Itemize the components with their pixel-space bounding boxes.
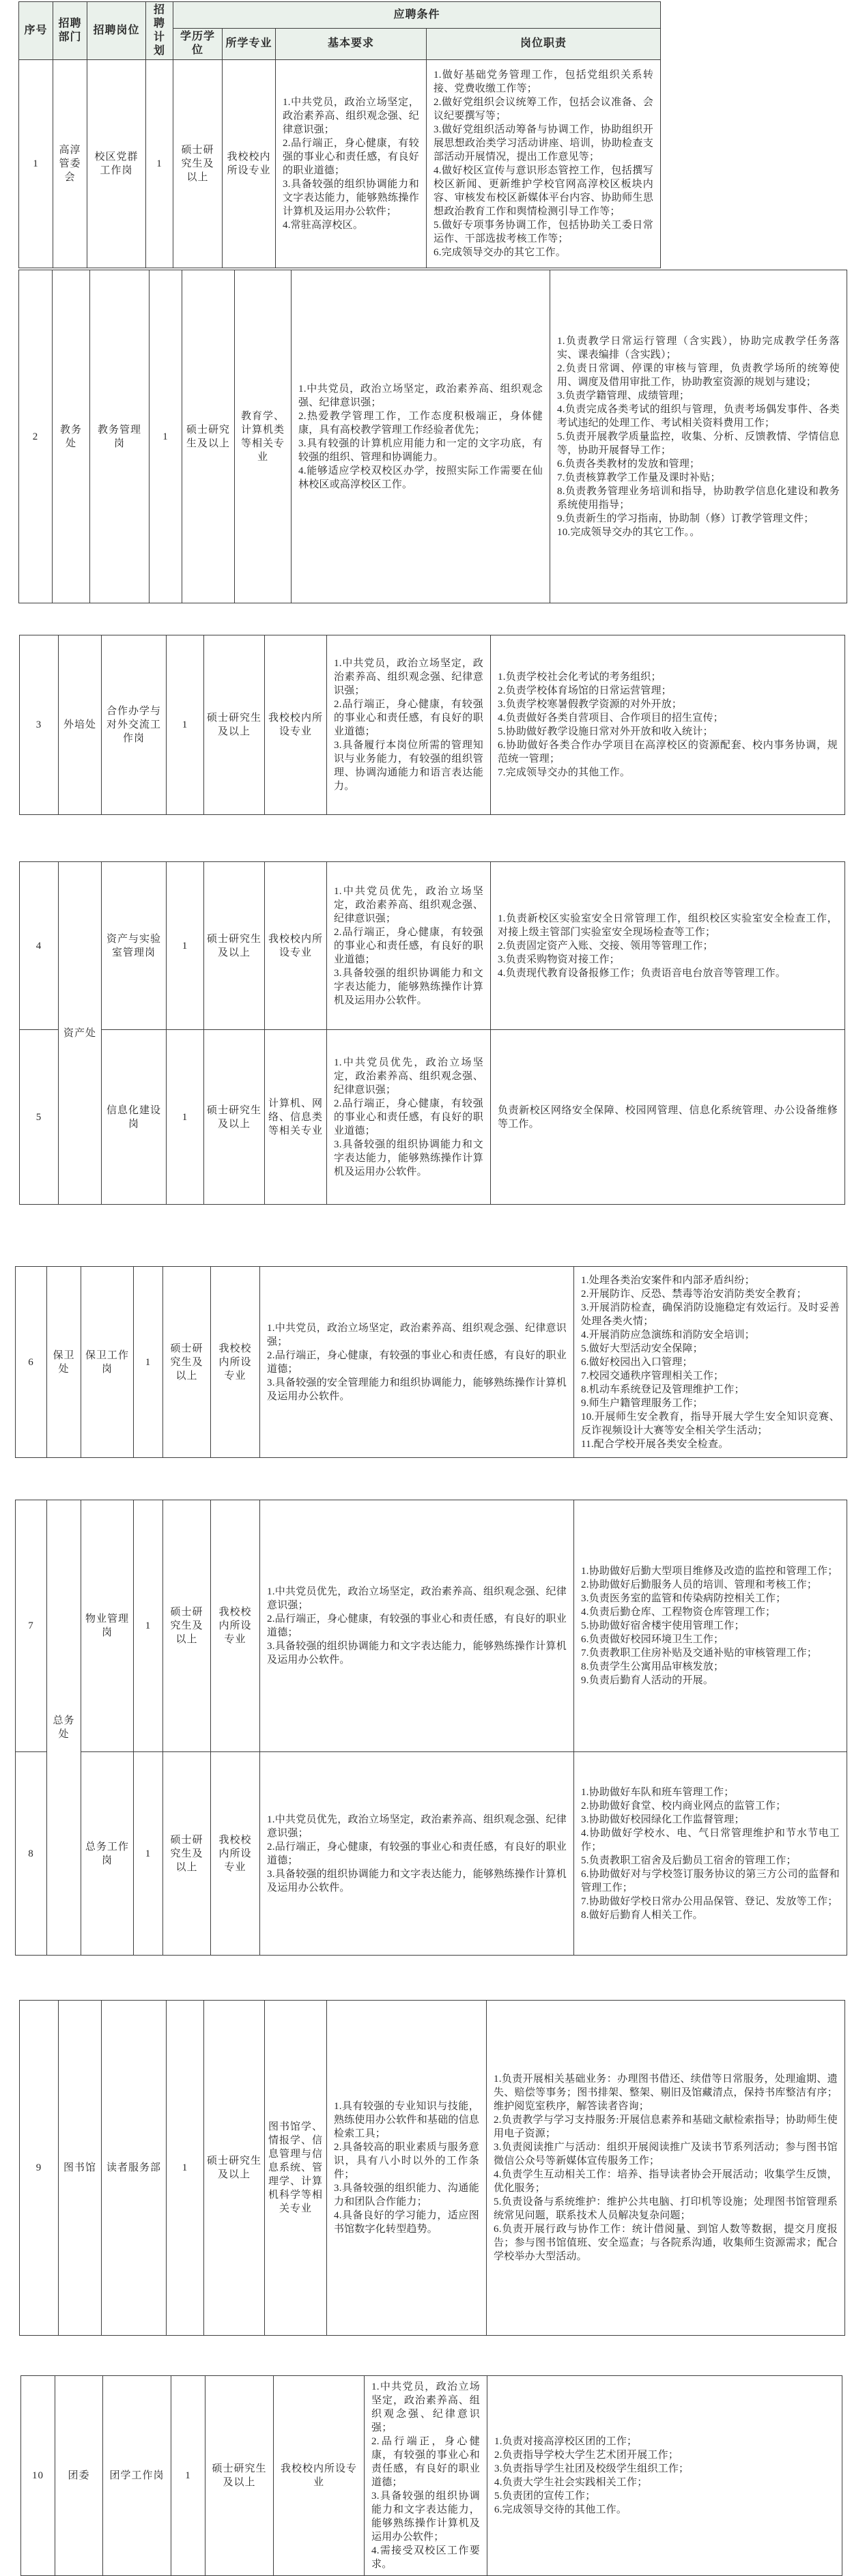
cell-basic-requirements: 1.中共党员优先，政治立场坚定，政治素养高、组织观念强、纪律意识强； 2.品行端… [327,1030,491,1205]
table-row: 6 保卫处 保卫工作岗 1 硕士研究生及以上 我校校内所设专业 1.中共党员，政… [16,1267,847,1458]
cell-department: 教务处 [53,270,90,603]
table-row: 10 团委 团学工作岗 1 硕士研究生及以上 我校校内所设专业 1.中共党员，政… [21,2376,842,2576]
cell-degree: 硕士研究生及以上 [163,1752,211,1956]
cell-basic-requirements: 1.中共党员优先，政治立场坚定，政治素养高、组织观念强、纪律意识强； 2.品行端… [260,1752,574,1956]
table-row: 1 高淳管委会 校区党群工作岗 1 硕士研究生及以上 我校校内所设专业 1.中共… [19,60,661,268]
header-major: 所学专业 [223,28,276,59]
cell-major: 我校校内所设专业 [223,60,276,268]
cell-position: 读者服务部 [102,2001,167,2336]
cell-department: 外培处 [59,635,102,815]
cell-degree: 硕士研究生及以上 [163,1267,211,1458]
table-header-row: 序号 招聘部门 招聘岗位 招聘计划 应聘条件 [19,2,661,29]
cell-job-duties: 1.负责对接高淳校区团的工作； 2.负责指导学校大学生艺术团开展工作； 3.负责… [487,2376,842,2576]
cell-serial: 2 [19,270,53,603]
cell-serial: 6 [16,1267,47,1458]
cell-department: 团委 [55,2376,103,2576]
cell-major: 我校校内所设专业 [265,635,327,815]
cell-plan-count: 1 [134,1752,163,1956]
table-row: 9 图书馆 读者服务部 1 硕士研究生及以上 图书馆学、情报学、信息管理与信息系… [20,2001,845,2336]
cell-job-duties: 1.处理各类治安案件和内部矛盾纠纷； 2.开展防诈、反恐、禁毒等治安消防类安全教… [574,1267,847,1458]
cell-serial: 8 [16,1752,47,1956]
table-row: 3 外培处 合作办学与对外交流工作岗 1 硕士研究生及以上 我校校内所设专业 1… [20,635,845,815]
cell-position: 总务工作岗 [81,1752,134,1956]
cell-basic-requirements: 1.中共党员，政治立场坚定，政治素养高、组织观念强、纪律意识强； 2.品行端正，… [327,635,491,815]
cell-plan-count: 1 [167,2001,204,2336]
cell-plan-count: 1 [134,1267,163,1458]
cell-position: 合作办学与对外交流工作岗 [102,635,167,815]
cell-plan-count: 1 [171,2376,205,2576]
cell-position: 校区党群工作岗 [87,60,146,268]
recruitment-document-page: 序号 招聘部门 招聘岗位 招聘计划 应聘条件 学历学位 所学专业 基本要求 岗位… [0,0,852,2575]
header-plan-count: 招聘计划 [146,2,173,60]
cell-basic-requirements: 1.中共党员，政治立场坚定，政治素养高、组织观念强、纪律意识强； 2.品行端正，… [365,2376,487,2576]
header-department: 招聘部门 [53,2,87,60]
cell-major: 我校校内所设专业 [211,1267,260,1458]
cell-position: 信息化建设岗 [102,1030,167,1205]
cell-position: 团学工作岗 [103,2376,171,2576]
cell-basic-requirements: 1.中共党员优先，政治立场坚定，政治素养高、组织观念强、纪律意识强； 2.品行端… [260,1500,574,1752]
cell-major: 我校校内所设专业 [274,2376,365,2576]
cell-position: 资产与实验室管理岗 [102,862,167,1030]
table-row: 8 总务工作岗 1 硕士研究生及以上 我校校内所设专业 1.中共党员优先，政治立… [16,1752,847,1956]
cell-degree: 硕士研究生及以上 [204,2001,265,2336]
cell-serial: 1 [19,60,53,268]
header-serial: 序号 [19,2,53,60]
header-degree: 学历学位 [173,28,223,59]
cell-degree: 硕士研究生及以上 [204,635,265,815]
recruitment-table-block: 10 团委 团学工作岗 1 硕士研究生及以上 我校校内所设专业 1.中共党员，政… [20,2375,842,2576]
cell-serial: 9 [20,2001,59,2336]
cell-basic-requirements: 1.中共党员，政治立场坚定，政治素养高、组织观念强、纪律意识强； 2.热爱教学管… [292,270,550,603]
cell-degree: 硕士研究生及以上 [182,270,235,603]
table-row: 5 信息化建设岗 1 硕士研究生及以上 计算机、网络、信息类等相关专业 1.中共… [20,1030,845,1205]
cell-job-duties: 1.负责新校区实验室安全日常管理工作，组织校区实验室安全检查工作，对接上级主管部… [491,862,845,1030]
recruitment-table-block: 4 资产处 资产与实验室管理岗 1 硕士研究生及以上 我校校内所设专业 1.中共… [19,861,845,1205]
cell-major: 计算机、网络、信息类等相关专业 [265,1030,327,1205]
cell-job-duties: 1.做好基础党务管理工作，包括党组织关系转接、党费收缴工作等； 2.做好党组织会… [427,60,661,268]
cell-department: 图书馆 [59,2001,102,2336]
header-job-duties: 岗位职责 [427,28,661,59]
cell-job-duties: 1.负责开展相关基础业务：办理图书借还、续借等日常服务，处理逾期、遗失、赔偿等事… [487,2001,845,2336]
cell-major: 我校校内所设专业 [265,862,327,1030]
cell-serial: 7 [16,1500,47,1752]
cell-position: 保卫工作岗 [81,1267,134,1458]
cell-plan-count: 1 [150,270,182,603]
cell-serial: 5 [20,1030,59,1205]
cell-department: 高淳管委会 [53,60,87,268]
table-row: 2 教务处 教务管理岗 1 硕士研究生及以上 教育学、计算机类等相关专业 1.中… [19,270,847,603]
cell-position: 教务管理岗 [90,270,150,603]
recruitment-table-block: 6 保卫处 保卫工作岗 1 硕士研究生及以上 我校校内所设专业 1.中共党员，政… [15,1266,847,1458]
header-application-conditions: 应聘条件 [173,2,661,29]
cell-plan-count: 1 [167,862,204,1030]
cell-basic-requirements: 1.中共党员，政治立场坚定，政治素养高、组织观念强、纪律意识强； 2.品行端正，… [276,60,427,268]
cell-major: 图书馆学、情报学、信息管理与信息系统、管理学、计算机科学等相关专业 [265,2001,327,2336]
cell-plan-count: 1 [134,1500,163,1752]
cell-degree: 硕士研究生及以上 [205,2376,274,2576]
cell-serial: 4 [20,862,59,1030]
cell-job-duties: 1.协助做好车队和班车管理工作； 2.协助做好食堂、校内商业网点的监管工作； 3… [574,1752,847,1956]
cell-position: 物业管理岗 [81,1500,134,1752]
cell-degree: 硕士研究生及以上 [204,862,265,1030]
cell-department: 保卫处 [47,1267,81,1458]
cell-job-duties: 1.负责学校社会化考试的考务组织； 2.负责学校体育场馆的日常运营管理； 3.负… [491,635,845,815]
cell-basic-requirements: 1.具有较强的专业知识与技能，熟练使用办公软件和基础的信息检索工具； 2.具备较… [327,2001,487,2336]
header-position: 招聘岗位 [87,2,146,60]
cell-basic-requirements: 1.中共党员，政治立场坚定，政治素养高、组织观念强、纪律意识强； 2.品行端正，… [260,1267,574,1458]
table-row: 7 总务处 物业管理岗 1 硕士研究生及以上 我校校内所设专业 1.中共党员优先… [16,1500,847,1752]
cell-job-duties: 1.负责教学日常运行管理（含实践），协助完成教学任务落实、课表编排（含实践）； … [550,270,847,603]
cell-plan-count: 1 [167,1030,204,1205]
cell-serial: 3 [20,635,59,815]
cell-job-duties: 负责新校区网络安全保障、校园网管理、信息化系统管理、办公设备维修等工作。 [491,1030,845,1205]
recruitment-table-block: 7 总务处 物业管理岗 1 硕士研究生及以上 我校校内所设专业 1.中共党员优先… [15,1500,847,1956]
header-basic-requirements: 基本要求 [276,28,427,59]
cell-degree: 硕士研究生及以上 [163,1500,211,1752]
cell-plan-count: 1 [167,635,204,815]
cell-department: 总务处 [47,1500,81,1956]
cell-degree: 硕士研究生及以上 [173,60,223,268]
cell-job-duties: 1.协助做好后勤大型项目维修及改造的监控和管理工作； 2.协助做好后勤服务人员的… [574,1500,847,1752]
recruitment-table-block: 9 图书馆 读者服务部 1 硕士研究生及以上 图书馆学、情报学、信息管理与信息系… [19,2000,845,2336]
cell-basic-requirements: 1.中共党员优先，政治立场坚定，政治素养高、组织观念强、纪律意识强； 2.品行端… [327,862,491,1030]
cell-major: 我校校内所设专业 [211,1500,260,1752]
recruitment-table-block: 2 教务处 教务管理岗 1 硕士研究生及以上 教育学、计算机类等相关专业 1.中… [18,270,847,603]
cell-major: 我校校内所设专业 [211,1752,260,1956]
cell-plan-count: 1 [146,60,173,268]
table-row: 4 资产处 资产与实验室管理岗 1 硕士研究生及以上 我校校内所设专业 1.中共… [20,862,845,1030]
cell-serial: 10 [21,2376,55,2576]
recruitment-table-block: 3 外培处 合作办学与对外交流工作岗 1 硕士研究生及以上 我校校内所设专业 1… [19,635,845,815]
cell-department: 资产处 [59,862,102,1205]
cell-degree: 硕士研究生及以上 [204,1030,265,1205]
cell-major: 教育学、计算机类等相关专业 [235,270,292,603]
recruitment-table-header-block: 序号 招聘部门 招聘岗位 招聘计划 应聘条件 学历学位 所学专业 基本要求 岗位… [18,1,661,268]
